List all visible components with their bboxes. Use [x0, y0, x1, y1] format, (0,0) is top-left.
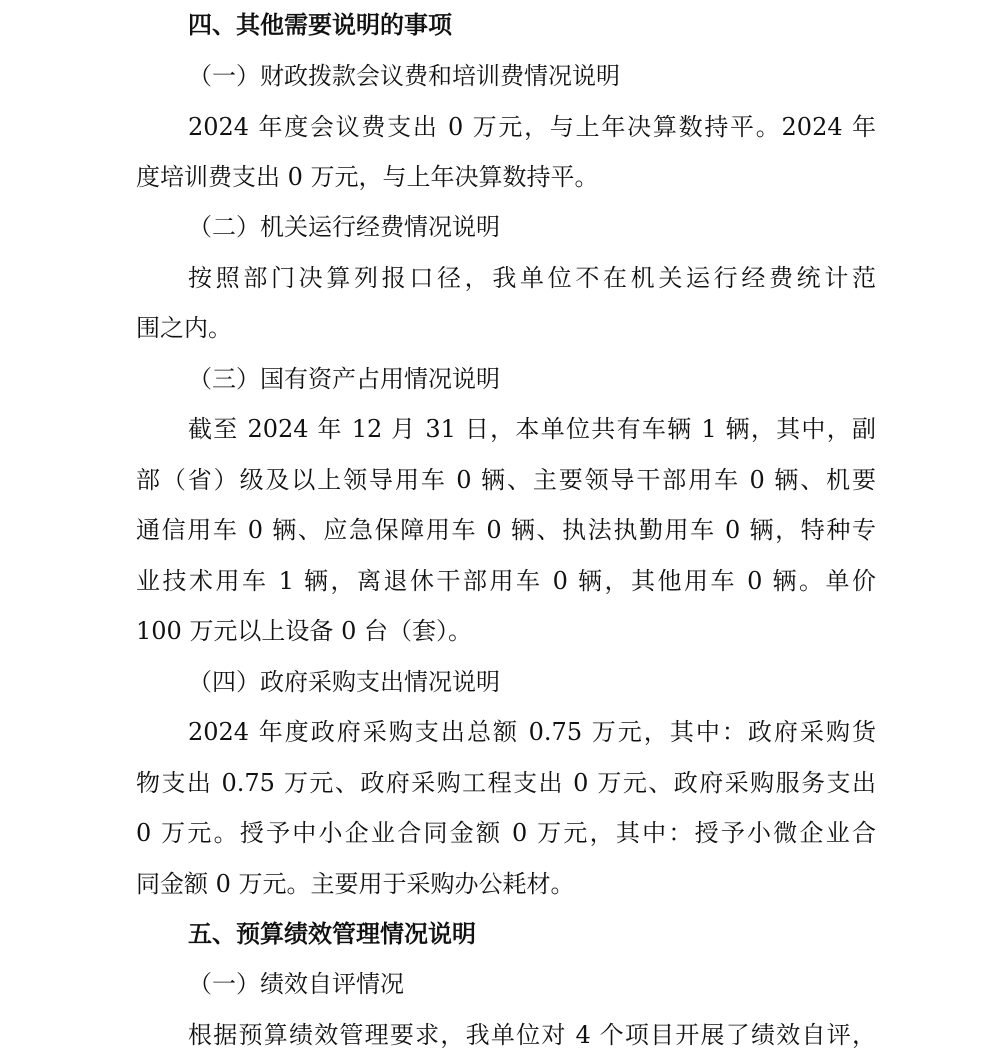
- paragraph-line: 按照部门决算列报口径，我单位不在机关运行经费统计范: [188, 263, 876, 293]
- subsection-heading: （一）财政拨款会议费和培训费情况说明: [188, 61, 876, 91]
- paragraph-line: 物支出 0.75 万元、政府采购工程支出 0 万元、政府采购服务支出: [136, 768, 876, 798]
- section-heading: 四、其他需要说明的事项: [188, 10, 876, 40]
- section-heading: 五、预算绩效管理情况说明: [188, 919, 876, 949]
- paragraph-line: 度培训费支出 0 万元，与上年决算数持平。: [136, 162, 876, 192]
- paragraph-line: 100 万元以上设备 0 台（套）。: [136, 616, 876, 646]
- subsection-heading: （一）绩效自评情况: [188, 969, 876, 999]
- paragraph-line: 部（省）级及以上领导用车 0 辆、主要领导干部用车 0 辆、机要: [136, 465, 876, 495]
- paragraph-line: 业技术用车 1 辆，离退休干部用车 0 辆，其他用车 0 辆。单价: [136, 566, 876, 596]
- paragraph-line: 根据预算绩效管理要求，我单位对 4 个项目开展了绩效自评，: [188, 1020, 876, 1050]
- paragraph-line: 同金额 0 万元。主要用于采购办公耗材。: [136, 869, 876, 899]
- paragraph-line: 2024 年度会议费支出 0 万元，与上年决算数持平。2024 年: [188, 112, 876, 142]
- subsection-heading: （四）政府采购支出情况说明: [188, 667, 876, 697]
- paragraph-line: 2024 年度政府采购支出总额 0.75 万元，其中：政府采购货: [188, 717, 876, 747]
- paragraph-line: 截至 2024 年 12 月 31 日，本单位共有车辆 1 辆，其中，副: [188, 414, 876, 444]
- subsection-heading: （二）机关运行经费情况说明: [188, 212, 876, 242]
- subsection-heading: （三）国有资产占用情况说明: [188, 364, 876, 394]
- paragraph-line: 0 万元。授予中小企业合同金额 0 万元，其中：授予小微企业合: [136, 818, 876, 848]
- paragraph-line: 围之内。: [136, 313, 876, 343]
- paragraph-line: 通信用车 0 辆、应急保障用车 0 辆、执法执勤用车 0 辆，特种专: [136, 515, 876, 545]
